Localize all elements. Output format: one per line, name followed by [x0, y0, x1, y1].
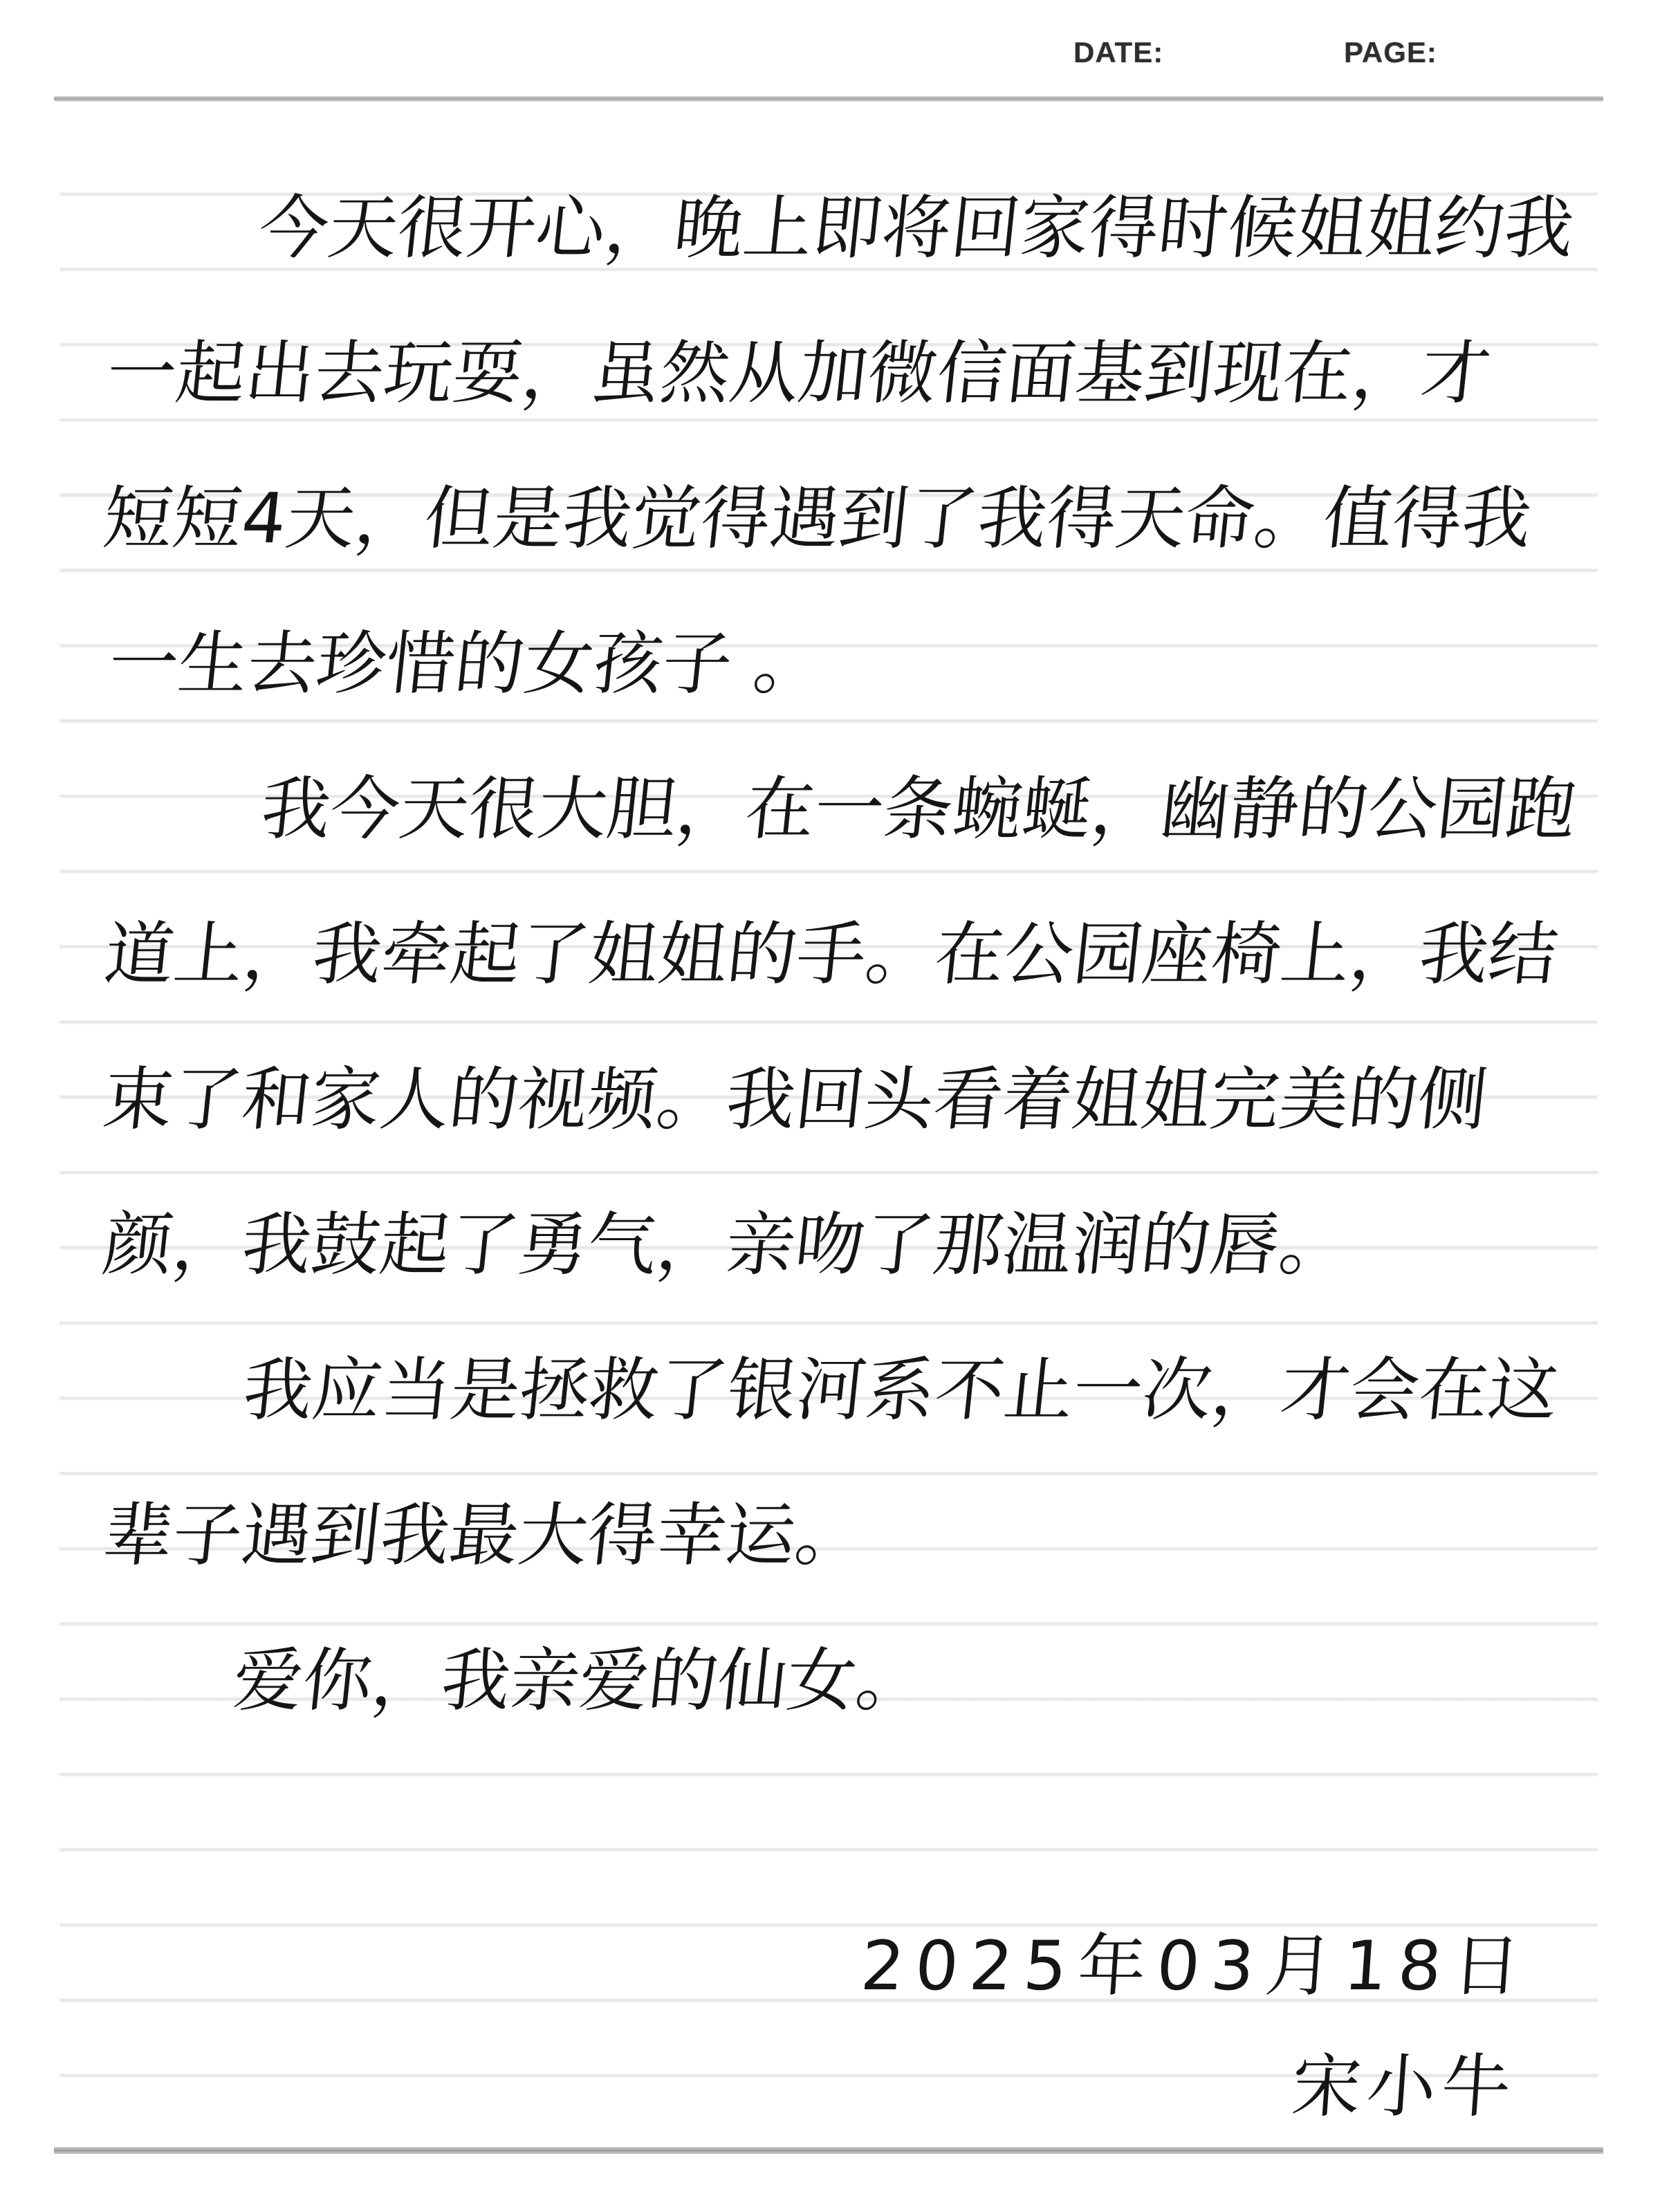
handwritten-line: 一起出去玩耍，虽然从加微信面基到现在，才 [100, 301, 1498, 446]
handwritten-line: 今天很开心，晚上即将回家得时候姐姐约我 [252, 156, 1581, 301]
handwritten-line: 我应当是拯救了银河系不止一次，才会在这 [236, 1318, 1565, 1463]
page-label: PAGE: [1344, 36, 1437, 69]
handwritten-line: 束了和家人的视频。我回头看着姐姐完美的侧 [96, 1027, 1495, 1172]
signature: 宋小牛 [1288, 2028, 1520, 2146]
notebook-page: DATE: PAGE: 今天很开心，晚上即将回家得时候姐姐约我 一起出去玩耍，虽… [0, 0, 1660, 2212]
handwritten-line: 我今天很大胆，在一条蜿蜒，幽静的公园跑 [254, 737, 1583, 882]
handwritten-line: 一生去珍惜的女孩子 。 [102, 591, 831, 737]
bottom-rule [54, 2147, 1603, 2154]
handwritten-line: 爱你，我亲爱的仙女。 [226, 1608, 933, 1753]
handwritten-line: 短短4天，但是我觉得遇到了我得天命。值得我 [96, 446, 1539, 591]
handwritten-line: 颜，我鼓起了勇气，亲吻了那温润的唇。 [96, 1172, 1356, 1318]
handwritten-line: 辈子遇到我最大得幸运。 [96, 1463, 872, 1608]
top-rule [54, 96, 1603, 102]
handwritten-line: 道上，我牵起了姐姐的手。在公园座椅上，我结 [98, 882, 1565, 1027]
date-label: DATE: [1073, 36, 1163, 69]
handwritten-date: 2025年03月18日 [857, 1908, 1535, 2025]
